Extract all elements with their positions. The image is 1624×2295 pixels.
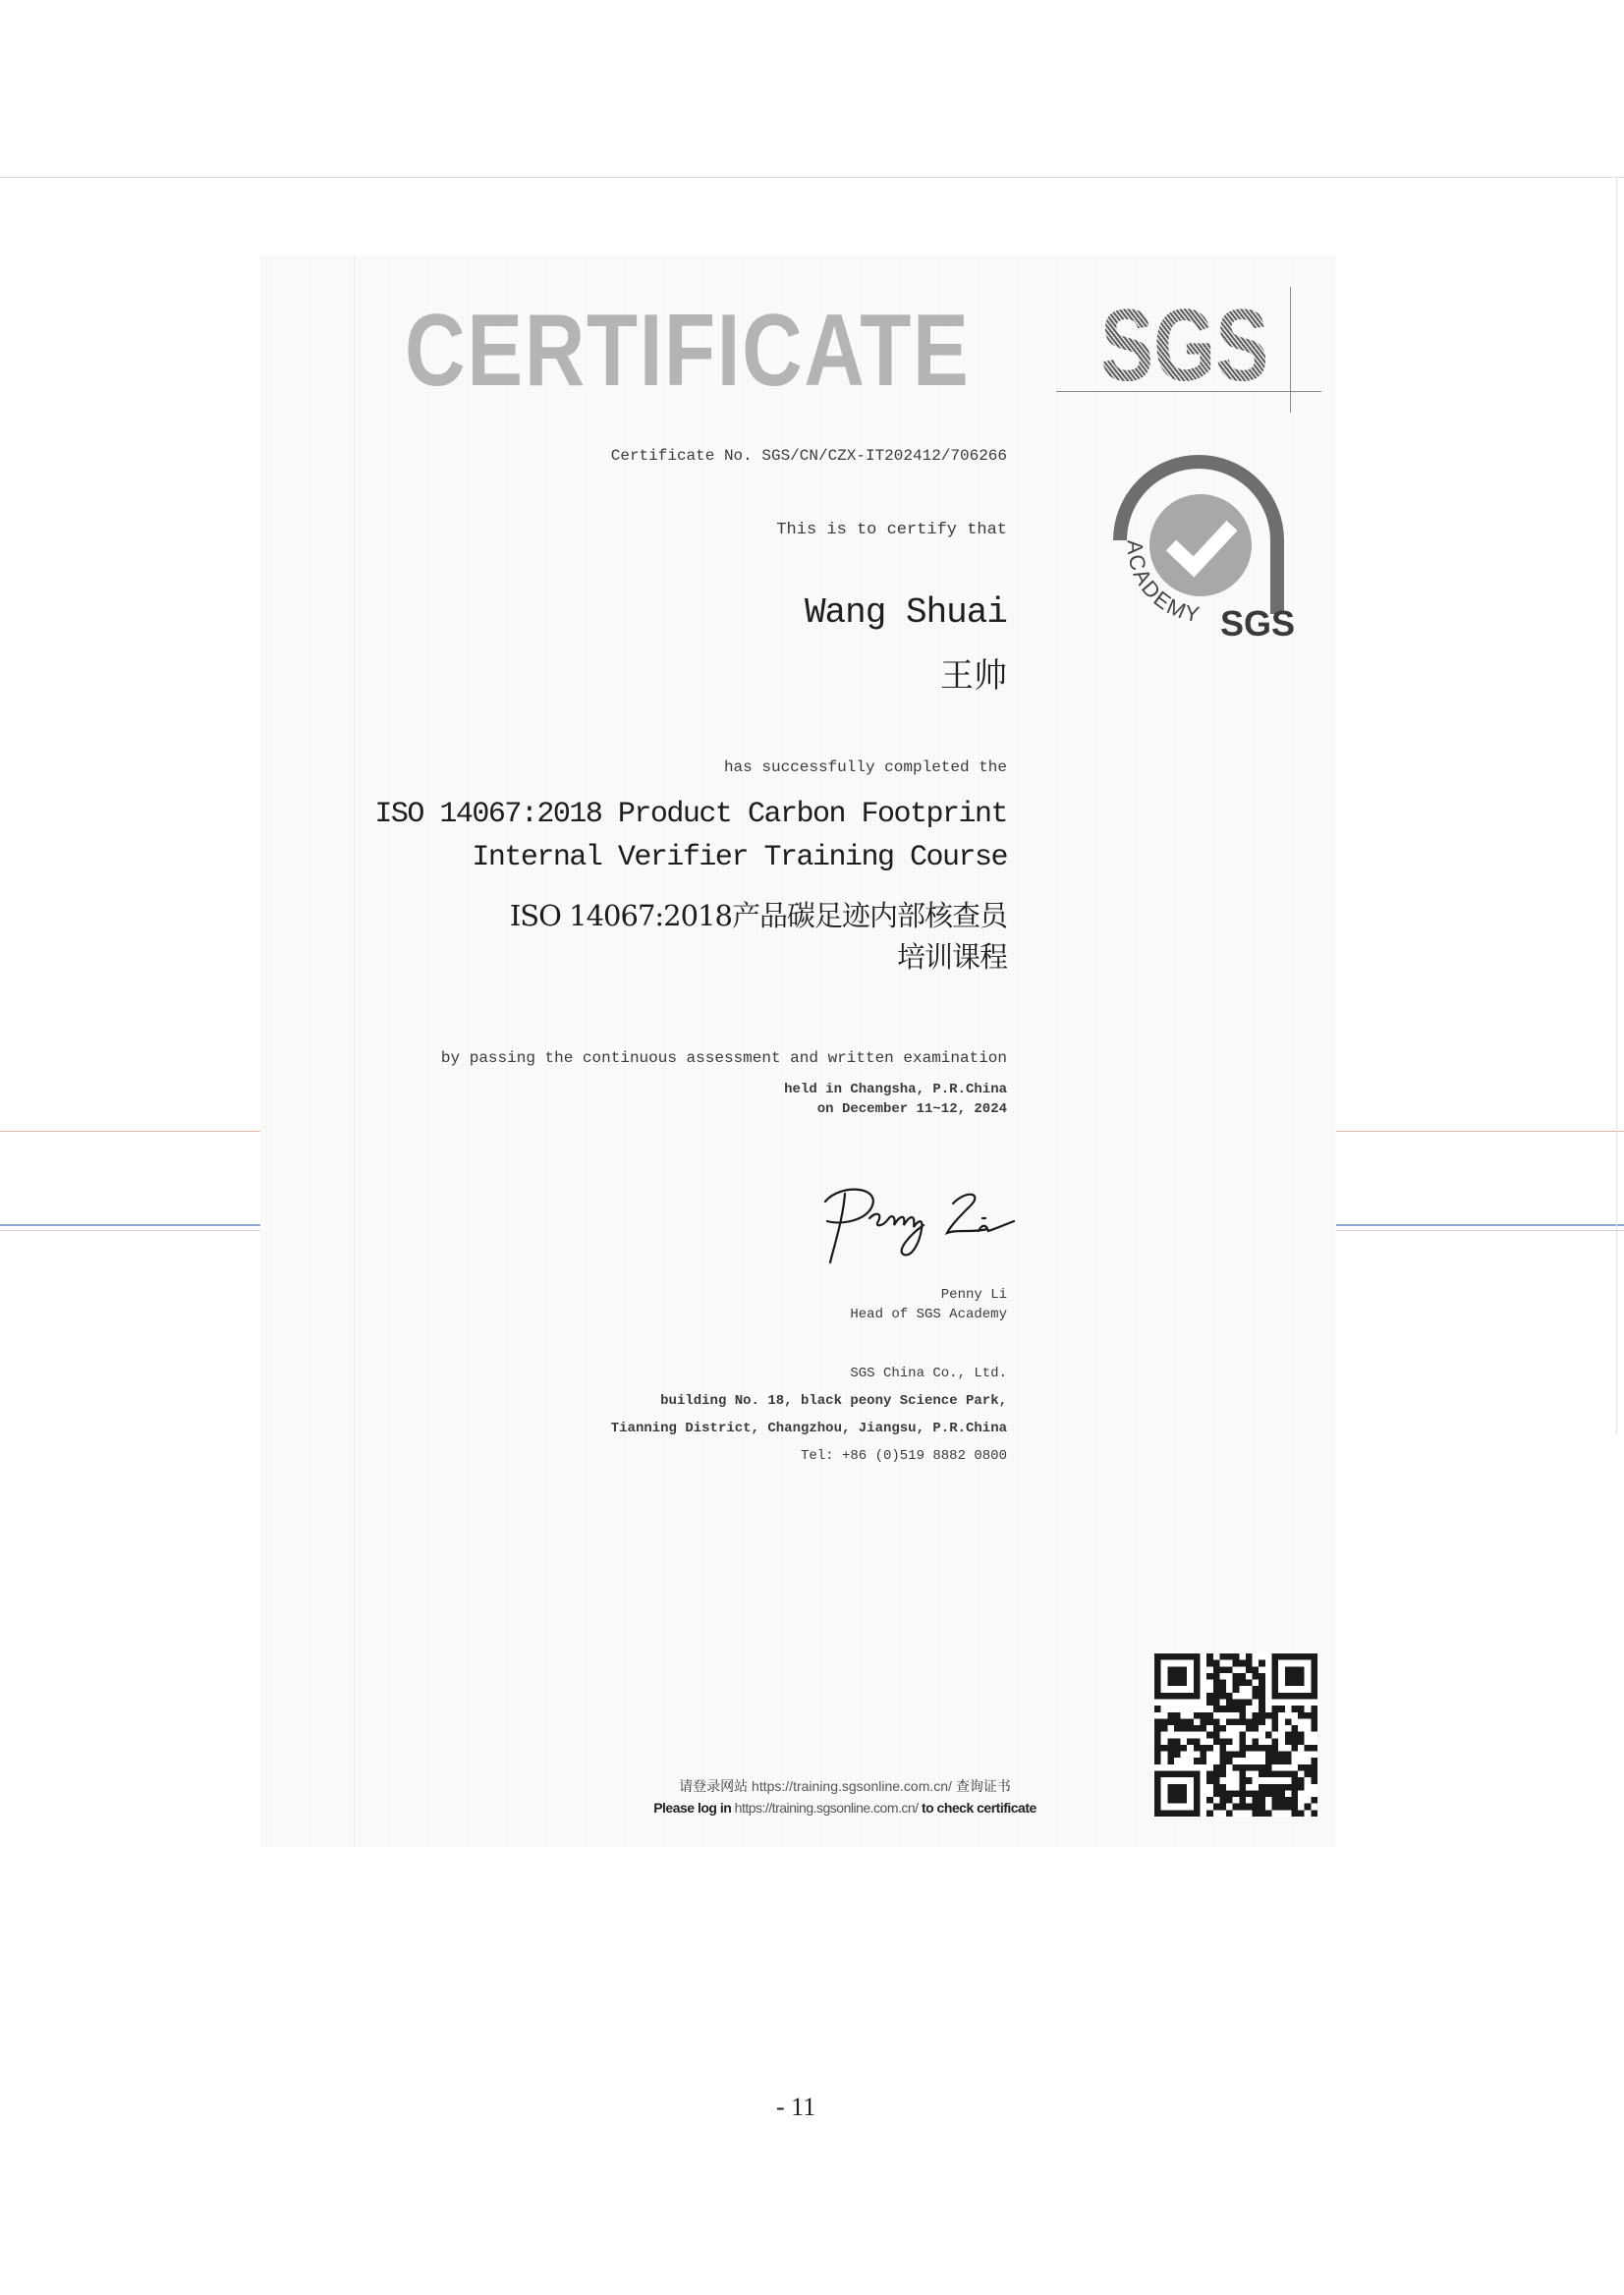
held-location: held in Changsha, P.R.China: [784, 1082, 1007, 1097]
verification-text-cn: 请登录网站 https://training.sgsonline.com.cn/…: [619, 1776, 1071, 1796]
scan-artifact-line: [0, 177, 1624, 178]
scan-artifact-edge: [1616, 177, 1617, 1434]
course-title-en-line-2: Internal Verifier Training Course: [472, 841, 1007, 874]
page-number: - 11: [776, 2093, 815, 2122]
recipient-name-en: Wang Shuai: [805, 592, 1007, 633]
checkmark-circle-icon: [1149, 494, 1252, 596]
signer-name: Penny Li: [941, 1287, 1007, 1303]
sgs-logo-crop-mark: [1290, 287, 1291, 413]
recipient-name-cn: 王帅: [940, 648, 1007, 697]
certificate-number: Certificate No. SGS/CN/CZX-IT202412/7062…: [611, 447, 1007, 465]
issuer-address-line-1: building No. 18, black peony Science Par…: [660, 1393, 1007, 1409]
signer-title: Head of SGS Academy: [850, 1307, 1007, 1322]
signature-script-text: Penny Li: [786, 1164, 790, 1165]
certify-intro: This is to certify that: [776, 521, 1007, 539]
course-title-cn-line-2: 培训课程: [897, 935, 1007, 976]
certificate-sheet-edge: [354, 255, 355, 1847]
signature-image: Penny Li: [786, 1164, 1022, 1272]
verification-url-link[interactable]: https://training.sgsonline.com.cn/: [752, 1778, 952, 1794]
sgs-academy-logo: ACADEMY SGS: [1100, 447, 1307, 653]
verification-en-suffix: to check certificate: [922, 1800, 1036, 1816]
academy-brand-label: SGS: [1220, 603, 1295, 644]
qr-code-icon[interactable]: [1154, 1653, 1317, 1817]
verification-en-prefix: Please log in: [653, 1800, 731, 1816]
verification-cn-suffix: 查询证书: [956, 1778, 1011, 1794]
verification-text-en: Please log in https://training.sgsonline…: [619, 1800, 1071, 1816]
course-title-cn-line-1: ISO 14067:2018产品碳足迹内部核查员: [510, 894, 1007, 934]
completion-text: has successfully completed the: [724, 758, 1007, 776]
held-date: on December 11~12, 2024: [817, 1101, 1007, 1117]
sgs-logo: SGS: [1100, 295, 1268, 397]
issuer-company: SGS China Co., Ltd.: [850, 1366, 1007, 1381]
assessment-text: by passing the continuous assessment and…: [441, 1049, 1007, 1067]
course-title-en-line-1: ISO 14067:2018 Product Carbon Footprint: [374, 798, 1007, 831]
sgs-logo-underline: [1056, 391, 1321, 392]
certificate-title: CERTIFICATE: [405, 300, 970, 402]
verification-cn-prefix: 请登录网站: [679, 1778, 748, 1794]
verification-url-link[interactable]: https://training.sgsonline.com.cn/: [735, 1800, 919, 1816]
issuer-telephone: Tel: +86 (0)519 8882 0800: [801, 1448, 1007, 1464]
issuer-address-line-2: Tianning District, Changzhou, Jiangsu, P…: [611, 1421, 1007, 1436]
